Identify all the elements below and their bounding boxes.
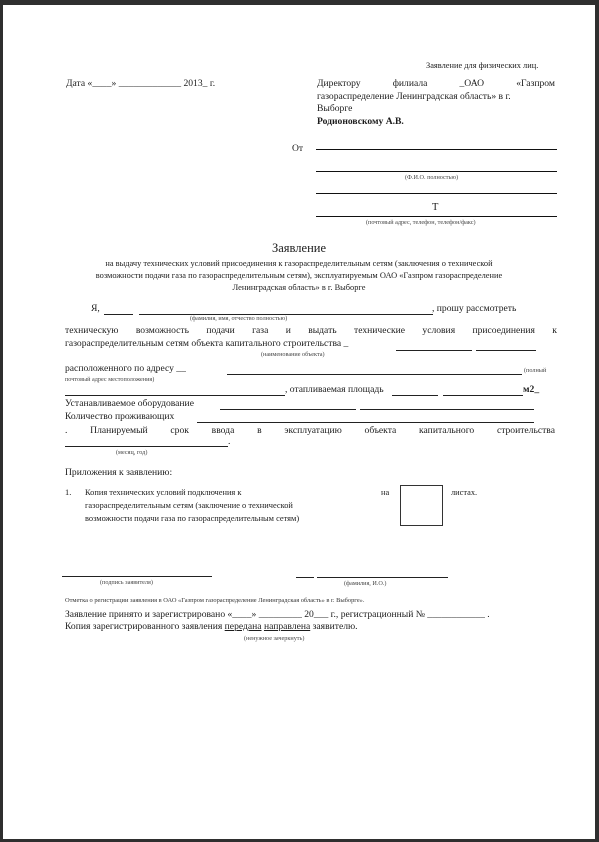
document-page: Заявление для физических лиц. Дата «____… [3, 5, 595, 839]
name-field[interactable] [317, 577, 448, 578]
address-line-1[interactable] [316, 193, 557, 194]
attachment-number: 1. [65, 488, 71, 497]
copy-option-transferred[interactable]: передана [225, 621, 262, 632]
word: присоединения [472, 325, 534, 336]
area-unit: м2_ [523, 384, 539, 395]
planned-date-field[interactable] [65, 446, 228, 447]
word: в [257, 425, 262, 436]
subtitle-line-2: возможности подачи газа по газораспредел… [3, 271, 595, 280]
word: ввода [212, 425, 235, 436]
word: объекта [365, 425, 397, 436]
fullname-caption: (фамилия, имя, отчество полностью) [190, 315, 287, 322]
subtitle-line-1: на выдачу технических условий присоедине… [3, 259, 595, 268]
equipment-field-1[interactable] [220, 409, 356, 410]
addressee-line-1: Директору филиала _ОАО «Газпром [317, 78, 555, 89]
attachment-on-label: на [381, 488, 389, 497]
word: возможность [136, 325, 189, 336]
addressee-name: Родионовскому А.В. [317, 116, 404, 127]
addressee-word: Директору [317, 78, 361, 89]
applicant-signature-caption: (подпись заявителя) [100, 579, 153, 586]
word: техническую [65, 325, 118, 336]
heated-area-field-1[interactable] [392, 395, 438, 396]
word: и [286, 325, 291, 336]
attachments-heading: Приложения к заявлению: [65, 467, 172, 478]
word: строительства [497, 425, 555, 436]
from-line-1[interactable] [316, 149, 557, 150]
equipment-field-2[interactable] [360, 409, 534, 410]
body-line-3: газораспределительным сетям объекта капи… [65, 338, 348, 349]
copy-option-sent[interactable]: направлена [264, 621, 310, 632]
heated-area-field-2[interactable] [443, 395, 523, 396]
word: технические [354, 325, 405, 336]
sheets-count-box[interactable] [400, 485, 443, 526]
from-label: От [292, 143, 303, 154]
name-field-short[interactable] [296, 577, 314, 578]
name-caption: (фамилия, И.О.) [344, 580, 386, 587]
address-marker: Т [432, 202, 438, 213]
attachment-sheets-label: листах. [451, 488, 477, 497]
planned-line: . Планируемый срок ввода в эксплуатацию … [65, 425, 555, 436]
object-address-field-2[interactable] [65, 395, 285, 396]
object-name-field-2[interactable] [476, 350, 536, 351]
located-label: расположенного по адресу __ [65, 363, 186, 374]
strike-caption: (ненужное зачеркнуть) [244, 635, 304, 642]
attachment-text-3: возможности подачи газа по газораспредел… [85, 514, 299, 523]
from-line-2[interactable] [316, 171, 557, 172]
addressee-line-3: Выборге [317, 103, 352, 114]
request-text: , прошу рассмотреть [432, 303, 516, 314]
registration-copy-line: Копия зарегистрированного заявления пере… [65, 621, 358, 632]
word: срок [170, 425, 189, 436]
word: . [65, 425, 67, 436]
full-address-caption-b: почтовый адрес местоположения) [65, 376, 154, 383]
residents-field[interactable] [197, 422, 534, 423]
applicant-signature-field[interactable] [62, 576, 212, 577]
copy-prefix: Копия зарегистрированного заявления [65, 621, 225, 632]
ya-label: Я, [91, 303, 100, 314]
addressee-word: «Газпром [516, 78, 555, 89]
document-title: Заявление [3, 241, 595, 256]
form-type-label: Заявление для физических лиц. [426, 61, 538, 70]
object-name-field-1[interactable] [396, 350, 472, 351]
full-address-caption-a: (полный [524, 367, 546, 374]
word: условия [422, 325, 455, 336]
word: выдать [308, 325, 336, 336]
addressee-line-2: газораспределение Ленинградская область»… [317, 91, 511, 102]
ya-blank-short[interactable] [104, 314, 133, 315]
addressee-word: филиала [393, 78, 428, 89]
registration-note: Отметка о регистрации заявления в ОАО «Г… [65, 597, 364, 604]
attachment-text-1: Копия технических условий подключения к [85, 488, 241, 497]
addressee-word: _ОАО [459, 78, 484, 89]
object-caption: (наименование объекта) [261, 351, 325, 358]
attachment-text-2: газораспределительным сетям (заключение … [85, 501, 293, 510]
registration-accepted-line[interactable]: Заявление принято и зарегистрировано «__… [65, 609, 490, 620]
planned-end: . [228, 436, 230, 447]
word: эксплуатацию [284, 425, 341, 436]
word: подачи [206, 325, 234, 336]
word: газа [252, 325, 268, 336]
word: Планируемый [90, 425, 148, 436]
equipment-label: Устанавливаемое оборудование [65, 398, 194, 409]
address-line-2[interactable] [316, 216, 557, 217]
date-field[interactable]: Дата «____» _____________ 2013_ г. [66, 78, 215, 89]
word: капитального [419, 425, 474, 436]
word: к [552, 325, 557, 336]
heated-area-label: , отапливаемая площадь [285, 384, 384, 395]
copy-suffix: заявителю. [310, 621, 357, 632]
body-line-2: техническую возможность подачи газа и вы… [65, 325, 557, 336]
object-address-field[interactable] [227, 374, 522, 375]
residents-label: Количество проживающих [65, 411, 174, 422]
month-year-caption: (месяц, год) [116, 449, 147, 456]
subtitle-line-3: Ленинградская область» в г. Выборге [3, 283, 595, 292]
fio-caption: (Ф.И.О. полностью) [405, 174, 458, 181]
address-caption: (почтовый адрес, телефон, телефон/факс) [366, 219, 476, 226]
